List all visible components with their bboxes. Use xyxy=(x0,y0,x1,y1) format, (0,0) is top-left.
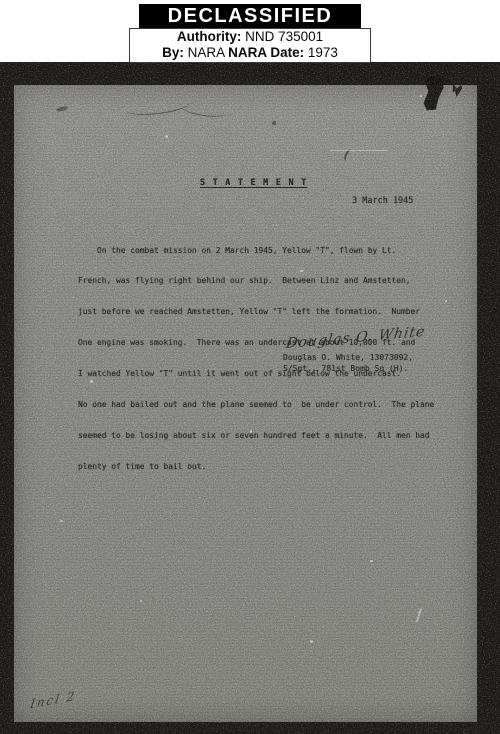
ink-speck xyxy=(272,121,276,125)
declassification-stamp: DECLASSIFIED Authority: NND 735001 By: N… xyxy=(0,0,500,62)
white-speck xyxy=(445,300,447,302)
inclosure-note: Incl 2 xyxy=(29,689,77,712)
white-scratch xyxy=(416,607,423,623)
authority-box: Authority: NND 735001 By: NARA NARA Date… xyxy=(129,28,371,63)
statement-heading: S T A T E M E N T xyxy=(200,178,307,188)
signature-typed-rank: S/Sgt., 781st Bomb Sq (H). xyxy=(283,364,408,373)
document-scan: S T A T E M E N T 3 March 1945 On the co… xyxy=(0,62,500,734)
ink-speck xyxy=(56,106,69,113)
white-speck xyxy=(310,640,313,643)
declassified-banner: DECLASSIFIED xyxy=(139,4,361,28)
body-line: No one had bailed out and the plane seem… xyxy=(78,400,434,410)
scratch-mark xyxy=(125,95,190,118)
body-line: plenty of time to bail out. xyxy=(78,462,434,472)
white-speck xyxy=(60,520,63,522)
white-speck xyxy=(140,600,142,602)
by-line: By: NARA NARA Date: 1973 xyxy=(130,45,370,61)
nara-date-label: NARA Date: xyxy=(228,45,304,60)
white-scratch xyxy=(330,150,388,151)
scratch-mark xyxy=(181,102,226,119)
nara-date-value: 1973 xyxy=(304,45,338,60)
signature-typed-name: Douglas O. White, 13073092, xyxy=(283,353,413,362)
document-date: 3 March 1945 xyxy=(352,196,413,206)
by-value: NARA xyxy=(184,45,228,60)
white-speck xyxy=(165,135,168,138)
ink-speck xyxy=(343,148,355,163)
body-line: just before we reached Amstetten, Yellow… xyxy=(78,307,434,317)
authority-value: NND 735001 xyxy=(241,29,323,44)
authority-line: Authority: NND 735001 xyxy=(130,29,370,45)
authority-label: Authority: xyxy=(177,29,242,44)
white-speck xyxy=(370,560,373,562)
white-speck xyxy=(420,95,422,97)
body-line: seemed to be losing about six or seven h… xyxy=(78,431,434,441)
body-line: On the combat mission on 2 March 1945, Y… xyxy=(78,246,434,256)
document-page: S T A T E M E N T 3 March 1945 On the co… xyxy=(14,85,477,722)
by-label: By: xyxy=(162,45,184,60)
body-line: French, was flying right behind our ship… xyxy=(78,276,434,286)
